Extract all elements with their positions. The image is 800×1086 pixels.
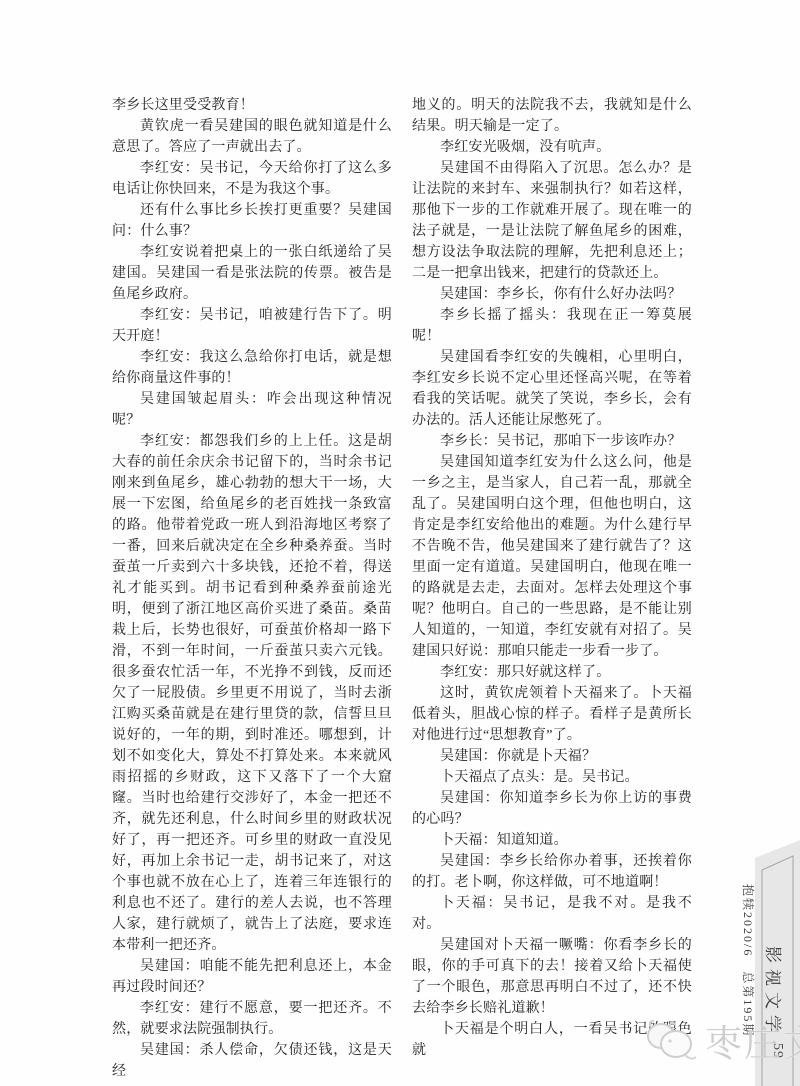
paragraph: 吴建国：李乡长给你办着事，还挨着你的打。老卜啊，你这样做，可不地道啊！ [412, 851, 692, 893]
paragraph: 还有什么事比乡长挨打更重要？吴建国问：什么事？ [112, 200, 392, 242]
paragraph: 李红安光吸烟，没有吭声。 [412, 137, 692, 158]
paragraph: 李乡长：吴书记，那咱下一步该咋办？ [412, 431, 692, 452]
paragraph: 卜天福点了点头：是。吴书记。 [412, 767, 692, 788]
text-column-right: 地义的。明天的法院我不去，我就知是什么结果。明天输是一定了。李红安光吸烟，没有吭… [412, 95, 692, 1061]
paragraph: 李红安：那只好就这样了。 [412, 662, 692, 683]
paragraph: 吴建国：你知道李乡长为你上访的事费的心吗？ [412, 788, 692, 830]
paragraph: 李乡长摇了摇头：我现在正一筹莫展呢！ [412, 305, 692, 347]
watermark-text: 枣庄文艺 [705, 1013, 800, 1067]
mascot-logo-icon [645, 1015, 699, 1065]
paragraph: 卜天福：吴书记，是我不对。是我不对。 [412, 893, 692, 935]
paragraph: 李红安：建行不愿意，要一把还齐。不然，就要求法院强制执行。 [112, 998, 392, 1040]
paragraph: 李乡长这里受受教育！ [112, 95, 392, 116]
paragraph: 吴建国：杀人偿命，欠债还钱，这是天经 [112, 1040, 392, 1082]
paragraph: 吴建国不由得陷入了沉思。怎么办？是让法院的来封车、来强制执行？如若这样，那他下一… [412, 158, 692, 284]
paragraph: 吴建国：李乡长，你有什么好办法吗？ [412, 284, 692, 305]
paragraph: 黄钦虎一看吴建国的眼色就知道是什么意思了。答应了一声就出去了。 [112, 116, 392, 158]
paragraph: 李红安：吴书记，今天给你打了这么多电话让你快回来，不是为我这个事。 [112, 158, 392, 200]
paragraph: 吴建国：你就是卜天福？ [412, 746, 692, 767]
paragraph: 李红安说着把桌上的一张白纸递给了吴建国。吴建国一看是张法院的传票。被告是鱼尾乡政… [112, 242, 392, 305]
paragraph: 吴建国：咱能不能先把利息还上，本金再过段时间还？ [112, 956, 392, 998]
text-column-left: 李乡长这里受受教育！黄钦虎一看吴建国的眼色就知道是什么意思了。答应了一声就出去了… [112, 95, 392, 1082]
paragraph: 卜天福：知道知道。 [412, 830, 692, 851]
paragraph: 这时，黄钦虎领着卜天福来了。卜天福低着头，胆战心惊的样子。看样子是黄所长对他进行… [412, 683, 692, 746]
magazine-page: 李乡长这里受受教育！黄钦虎一看吴建国的眼色就知道是什么意思了。答应了一声就出去了… [0, 0, 800, 1086]
paragraph: 李红安：吴书记，咱被建行告下了。明天开庭！ [112, 305, 392, 347]
watermark: 枣庄文艺 [645, 1013, 800, 1067]
paragraph: 地义的。明天的法院我不去，我就知是什么结果。明天输是一定了。 [412, 95, 692, 137]
paragraph: 李红安：我这么急给你打电话，就是想给你商量这件事的！ [112, 347, 392, 389]
paragraph: 吴建国看李红安的失魄相，心里明白，李红安乡长说不定心里还怪高兴呢，在等着看我的笑… [412, 347, 692, 431]
paragraph: 吴建国皱起眉头：咋会出现这种情况呢？ [112, 389, 392, 431]
paragraph: 吴建国对卜天福一噘嘴：你看李乡长的眼，你的手可真下的去！接着又给卜天福使了一个眼… [412, 935, 692, 1019]
paragraph: 吴建国知道李红安为什么这么问，他是一乡之主，是当家人，自己若一乱，那就全乱了。吴… [412, 452, 692, 662]
paragraph: 李红安：都怨我们乡的上上任。这是胡大春的前任余庆余书记留下的，当时余书记刚来到鱼… [112, 431, 392, 956]
